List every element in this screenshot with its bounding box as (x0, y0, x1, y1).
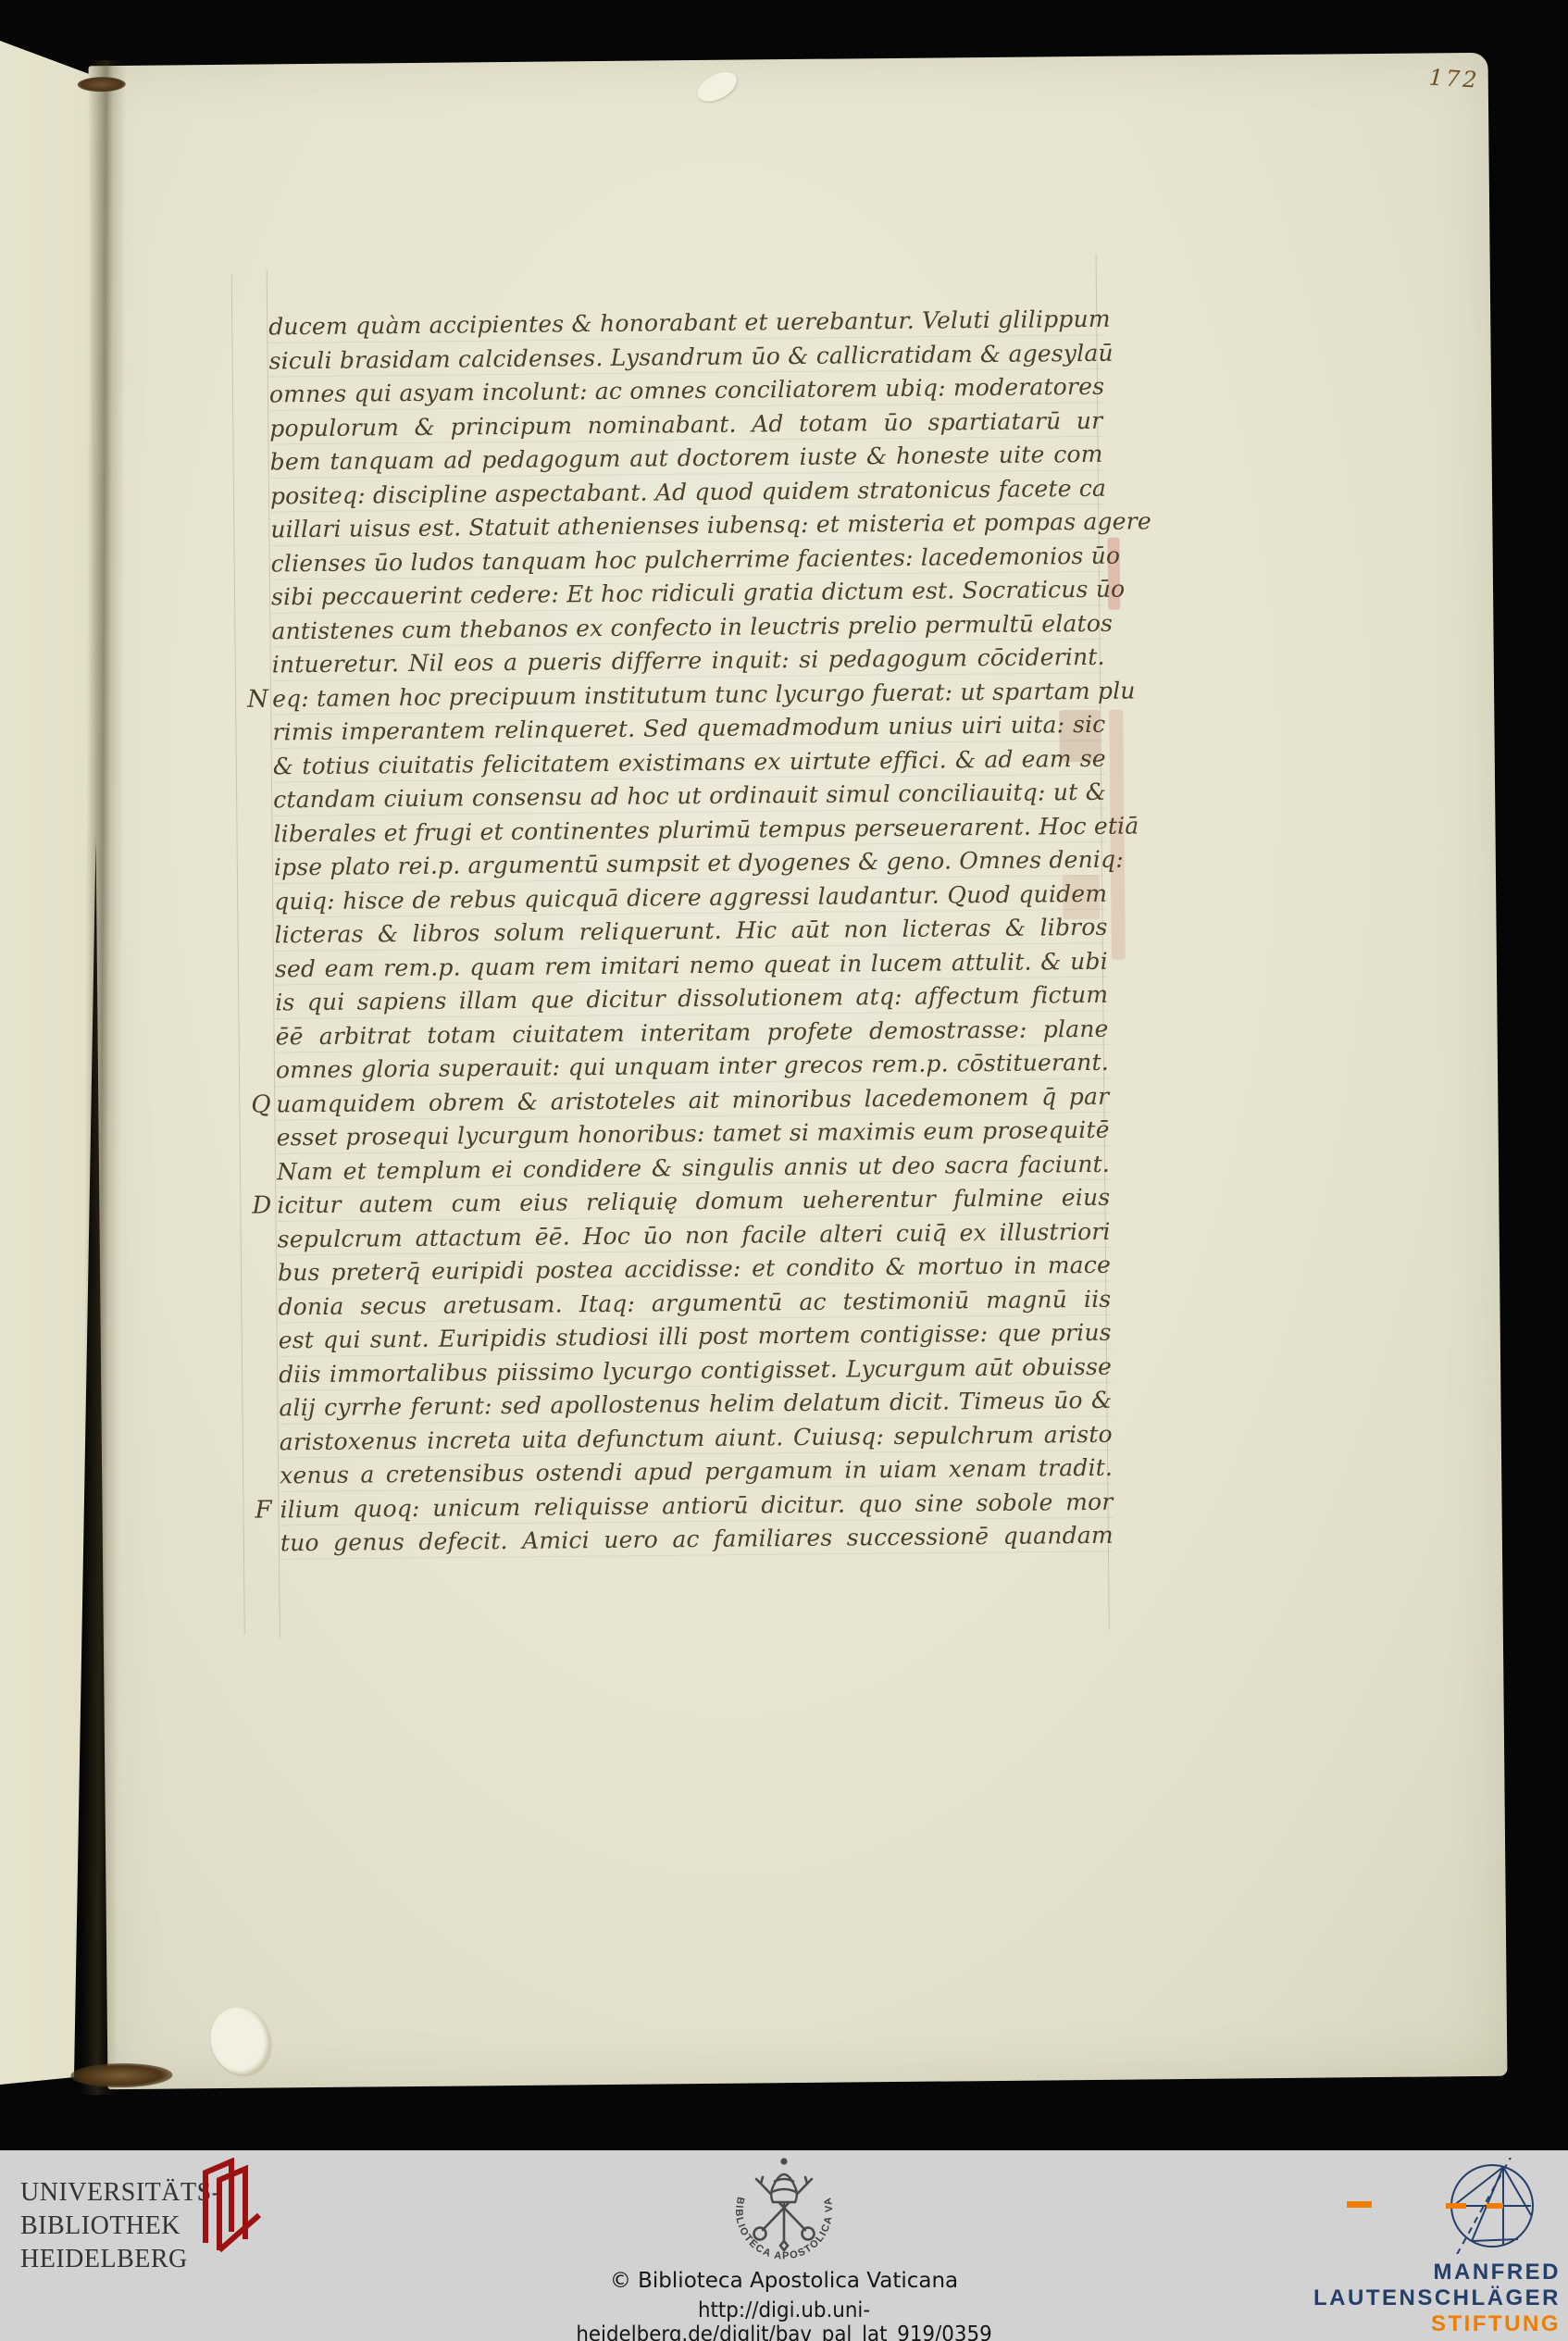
svg-text:BIBLIOTECA APOSTOLICA VATICANA: BIBLIOTECA APOSTOLICA VATICANA (715, 2156, 835, 2262)
folio-number: 172 (1428, 65, 1480, 93)
foundation-wordmark: MANFRED LAUTENSCHLÄGER STIFTUNG (1313, 2260, 1561, 2337)
parchment-blemish-bottom (202, 1999, 280, 2084)
footer-bar: UNIVERSITÄTS- BIBLIOTHEK HEIDELBERG (0, 2150, 1568, 2341)
parchment-blemish-top (692, 66, 741, 107)
digitization-url: http://digi.ub.uni-heidelberg.de/diglit/… (569, 2298, 1000, 2341)
foundation-name-line: STIFTUNG (1313, 2311, 1561, 2337)
vatican-credit-block: BIBLIOTECA APOSTOLICA VATICANA © Bibliot… (553, 2150, 1015, 2341)
binding-thread-bottom (70, 2063, 172, 2088)
manuscript-line-text: tuo genus defecit. Amici uero ac familia… (280, 1519, 1114, 1561)
scan-viewer: { "scan": { "folio_number": "172" }, "ma… (0, 0, 1568, 2341)
foundation-compass-icon (1444, 2158, 1540, 2259)
margin-initial: Q (251, 1088, 271, 1122)
margin-initial: N (247, 682, 268, 716)
vatican-seal-arc-text: BIBLIOTECA APOSTOLICA VATICANA (715, 2156, 835, 2262)
vatican-seal-icon: BIBLIOTECA APOSTOLICA VATICANA (715, 2156, 853, 2265)
library-name-line: BIBLIOTHEK (20, 2210, 221, 2243)
university-library-wordmark: UNIVERSITÄTS- BIBLIOTHEK HEIDELBERG (20, 2176, 221, 2276)
manuscript-page: 172 ducem quàm accipientes & honorabant … (89, 53, 1508, 2089)
margin-initial: F (255, 1493, 271, 1527)
library-name-line: HEIDELBERG (20, 2243, 221, 2276)
book-gutter-shadow (81, 60, 127, 2095)
foundation-name-line: MANFRED (1313, 2260, 1561, 2285)
ruling-line-left-outer (231, 274, 245, 1635)
manuscript-text: ducem quàm accipientes & honorabant et u… (268, 303, 1114, 1561)
foundation-name-line: LAUTENSCHLÄGER (1313, 2285, 1561, 2311)
margin-initial: D (252, 1189, 271, 1223)
vatican-copyright: © Biblioteca Apostolica Vaticana (553, 2269, 1015, 2293)
manuscript-line: tuo genus defecit. Amici uero ac familia… (280, 1519, 1114, 1561)
foundation-orange-dash (1347, 2201, 1372, 2208)
library-name-line: UNIVERSITÄTS- (20, 2176, 221, 2210)
university-library-books-icon (194, 2158, 268, 2272)
